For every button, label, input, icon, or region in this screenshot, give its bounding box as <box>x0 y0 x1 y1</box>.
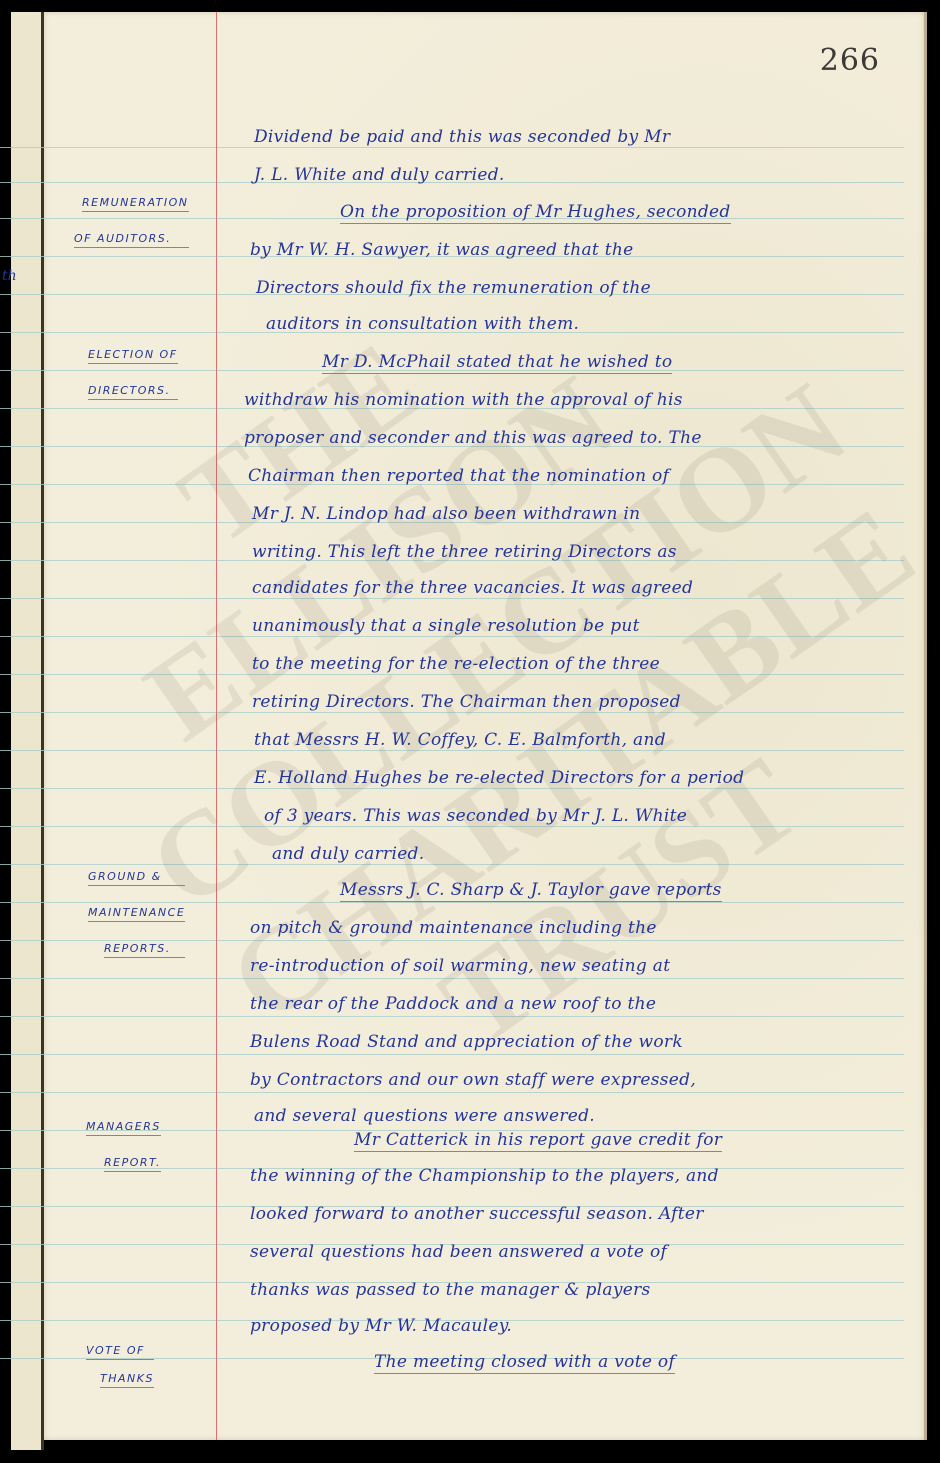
margin-heading-line: REMUNERATION <box>82 196 189 212</box>
red-margin-line <box>216 12 217 1440</box>
margin-heading-ground-maintenance-reports: GROUND & MAINTENANCE REPORTS. <box>88 870 185 978</box>
body-line: writing. This left the three retiring Di… <box>252 542 677 562</box>
margin-heading-line: OF AUDITORS. <box>74 232 189 248</box>
ruled-line <box>0 1092 904 1093</box>
body-line: candidates for the three vacancies. It w… <box>252 578 693 598</box>
body-line: On the proposition of Mr Hughes, seconde… <box>340 202 731 222</box>
margin-heading-vote-of-thanks: VOTE OF THANKS <box>86 1344 154 1408</box>
minute-book-page: THE ELLISON COLLECTION CHARITABLE TRUST … <box>44 12 927 1440</box>
underlined-phrase: The meeting closed with a vote of <box>374 1352 675 1374</box>
body-line: The meeting closed with a vote of <box>374 1352 675 1372</box>
ruled-line <box>0 1054 904 1055</box>
ruled-line <box>0 598 904 599</box>
margin-heading-managers-report: MANAGERS REPORT. <box>86 1120 161 1192</box>
body-line: Mr Catterick in his report gave credit f… <box>354 1130 722 1150</box>
margin-heading-line: REPORTS. <box>104 942 185 958</box>
underlined-phrase: Mr Catterick in his report gave credit f… <box>354 1130 722 1152</box>
body-line: Messrs J. C. Sharp & J. Taylor gave repo… <box>340 880 722 900</box>
body-line: and several questions were answered. <box>254 1106 595 1126</box>
margin-heading-election-of-directors: ELECTION OF DIRECTORS. <box>88 348 178 420</box>
margin-heading-line: MAINTENANCE <box>88 906 185 922</box>
underlined-phrase: On the proposition of Mr Hughes, seconde… <box>340 202 731 224</box>
watermark: THE ELLISON COLLECTION CHARITABLE TRUST <box>0 180 940 1265</box>
body-line: on pitch & ground maintenance including … <box>250 918 657 938</box>
body-line: looked forward to another successful sea… <box>250 1204 704 1224</box>
ruled-line <box>0 712 904 713</box>
body-line: by Contractors and our own staff were ex… <box>250 1070 696 1090</box>
ruled-line <box>0 978 904 979</box>
underlined-phrase: Messrs J. C. Sharp & J. Taylor gave repo… <box>340 880 722 902</box>
margin-heading-remuneration-of-auditors: REMUNERATION OF AUDITORS. <box>82 196 189 268</box>
body-line: Mr D. McPhail stated that he wished to <box>322 352 672 372</box>
body-line: the winning of the Championship to the p… <box>250 1166 719 1186</box>
body-line: several questions had been answered a vo… <box>250 1242 667 1262</box>
body-line: thanks was passed to the manager & playe… <box>250 1280 651 1300</box>
body-line: proposer and seconder and this was agree… <box>244 428 702 448</box>
body-line: by Mr W. H. Sawyer, it was agreed that t… <box>250 240 633 260</box>
body-line: of 3 years. This was seconded by Mr J. L… <box>264 806 687 826</box>
margin-heading-line: REPORT. <box>104 1156 161 1172</box>
body-line: Directors should fix the remuneration of… <box>256 278 651 298</box>
ruled-line <box>0 826 904 827</box>
body-line: the rear of the Paddock and a new roof t… <box>250 994 656 1014</box>
previous-page-text-fragment: th <box>2 268 17 284</box>
margin-heading-line: VOTE OF <box>86 1344 154 1360</box>
ruled-line <box>0 636 904 637</box>
body-line: Mr J. N. Lindop had also been withdrawn … <box>252 504 640 524</box>
ruled-line <box>0 750 904 751</box>
body-line: auditors in consultation with them. <box>266 314 579 334</box>
margin-heading-line: THANKS <box>100 1372 154 1388</box>
body-line: retiring Directors. The Chairman then pr… <box>252 692 681 712</box>
body-line: proposed by Mr W. Macauley. <box>250 1316 512 1336</box>
ruled-line <box>0 1016 904 1017</box>
body-line: Bulens Road Stand and appreciation of th… <box>250 1032 683 1052</box>
margin-heading-line: GROUND & <box>88 870 185 886</box>
margin-heading-line: ELECTION OF <box>88 348 178 364</box>
ruled-line <box>0 788 904 789</box>
body-line: J. L. White and duly carried. <box>254 165 505 185</box>
ruled-line <box>0 674 904 675</box>
body-line: to the meeting for the re-election of th… <box>252 654 660 674</box>
body-line: Chairman then reported that the nominati… <box>248 466 669 486</box>
body-line: and duly carried. <box>272 844 424 864</box>
body-line: re-introduction of soil warming, new sea… <box>250 956 670 976</box>
body-line: E. Holland Hughes be re-elected Director… <box>254 768 744 788</box>
ruled-line <box>0 864 904 865</box>
body-line: Dividend be paid and this was seconded b… <box>254 127 670 147</box>
ruled-line <box>0 147 904 148</box>
page-number: 266 <box>820 43 880 78</box>
body-line: unanimously that a single resolution be … <box>252 616 640 636</box>
body-line: withdraw his nomination with the approva… <box>244 390 683 410</box>
margin-heading-line: MANAGERS <box>86 1120 161 1136</box>
body-line: that Messrs H. W. Coffey, C. E. Balmfort… <box>254 730 666 750</box>
margin-heading-line: DIRECTORS. <box>88 384 178 400</box>
underlined-phrase: Mr D. McPhail stated that he wished to <box>322 352 672 374</box>
previous-page-edge <box>11 12 44 1450</box>
